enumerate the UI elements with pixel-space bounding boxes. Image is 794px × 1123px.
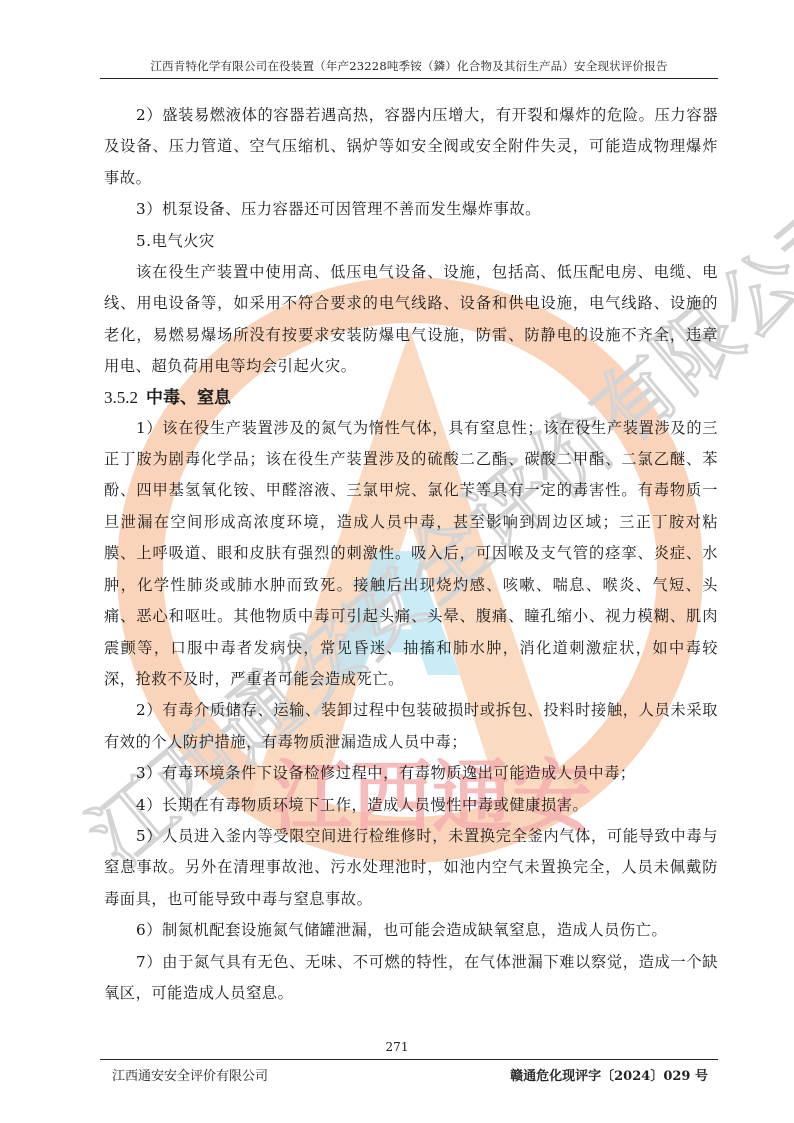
paragraph: 5）人员进入釜内等受限空间进行检维修时，未置换完全釜内气体，可能导致中毒与窒息事… [104, 821, 718, 915]
subheading-electrical-fire: 5.电气火灾 [104, 226, 718, 257]
paragraph: 2）盛装易燃液体的容器若遇高热，容器内压增大，有开裂和爆炸的危险。压力容器及设备… [104, 100, 718, 194]
footer-company: 江西通安安全评价有限公司 [112, 1065, 268, 1084]
footer-divider [100, 1059, 718, 1060]
section-number: 3.5.2 [104, 388, 138, 407]
header-divider [100, 78, 718, 79]
paragraph: 3）机泵设备、压力容器还可因管理不善而发生爆炸事故。 [104, 194, 718, 225]
paragraph: 2）有毒介质储存、运输、装卸过程中包装破损时或拆包、投料时接触，人员未采取有效的… [104, 695, 718, 758]
paragraph: 7）由于氮气具有无色、无味、不可燃的特性，在气体泄漏下难以察觉，造成一个缺氧区，… [104, 947, 718, 1010]
document-body: 2）盛装易燃液体的容器若遇高热，容器内压增大，有开裂和爆炸的危险。压力容器及设备… [104, 100, 718, 1009]
paragraph: 3）有毒环境条件下设备检修过程中，有毒物质逸出可能造成人员中毒； [104, 758, 718, 789]
paragraph: 1）该在役生产装置涉及的氮气为惰性气体，具有窒息性；该在役生产装置涉及的三正丁胺… [104, 413, 718, 696]
running-header: 江西肯特化学有限公司在役装置（年产23228吨季铵（鏻）化合物及其衍生产品）安全… [100, 58, 718, 74]
paragraph: 该在役生产装置中使用高、低压电气设备、设施，包括高、低压配电房、电缆、电线、用电… [104, 257, 718, 383]
page-number: 271 [0, 1040, 794, 1054]
section-heading: 3.5.2中毒、窒息 [104, 383, 718, 413]
paragraph: 6）制氮机配套设施氮气储罐泄漏，也可能会造成缺氧窒息，造成人员伤亡。 [104, 915, 718, 946]
footer-doc-number: 赣通危化现评字〔2024〕029 号 [510, 1065, 708, 1084]
paragraph: 4）长期在有毒物质环境下工作，造成人员慢性中毒或健康损害。 [104, 790, 718, 821]
section-title: 中毒、窒息 [146, 388, 231, 408]
